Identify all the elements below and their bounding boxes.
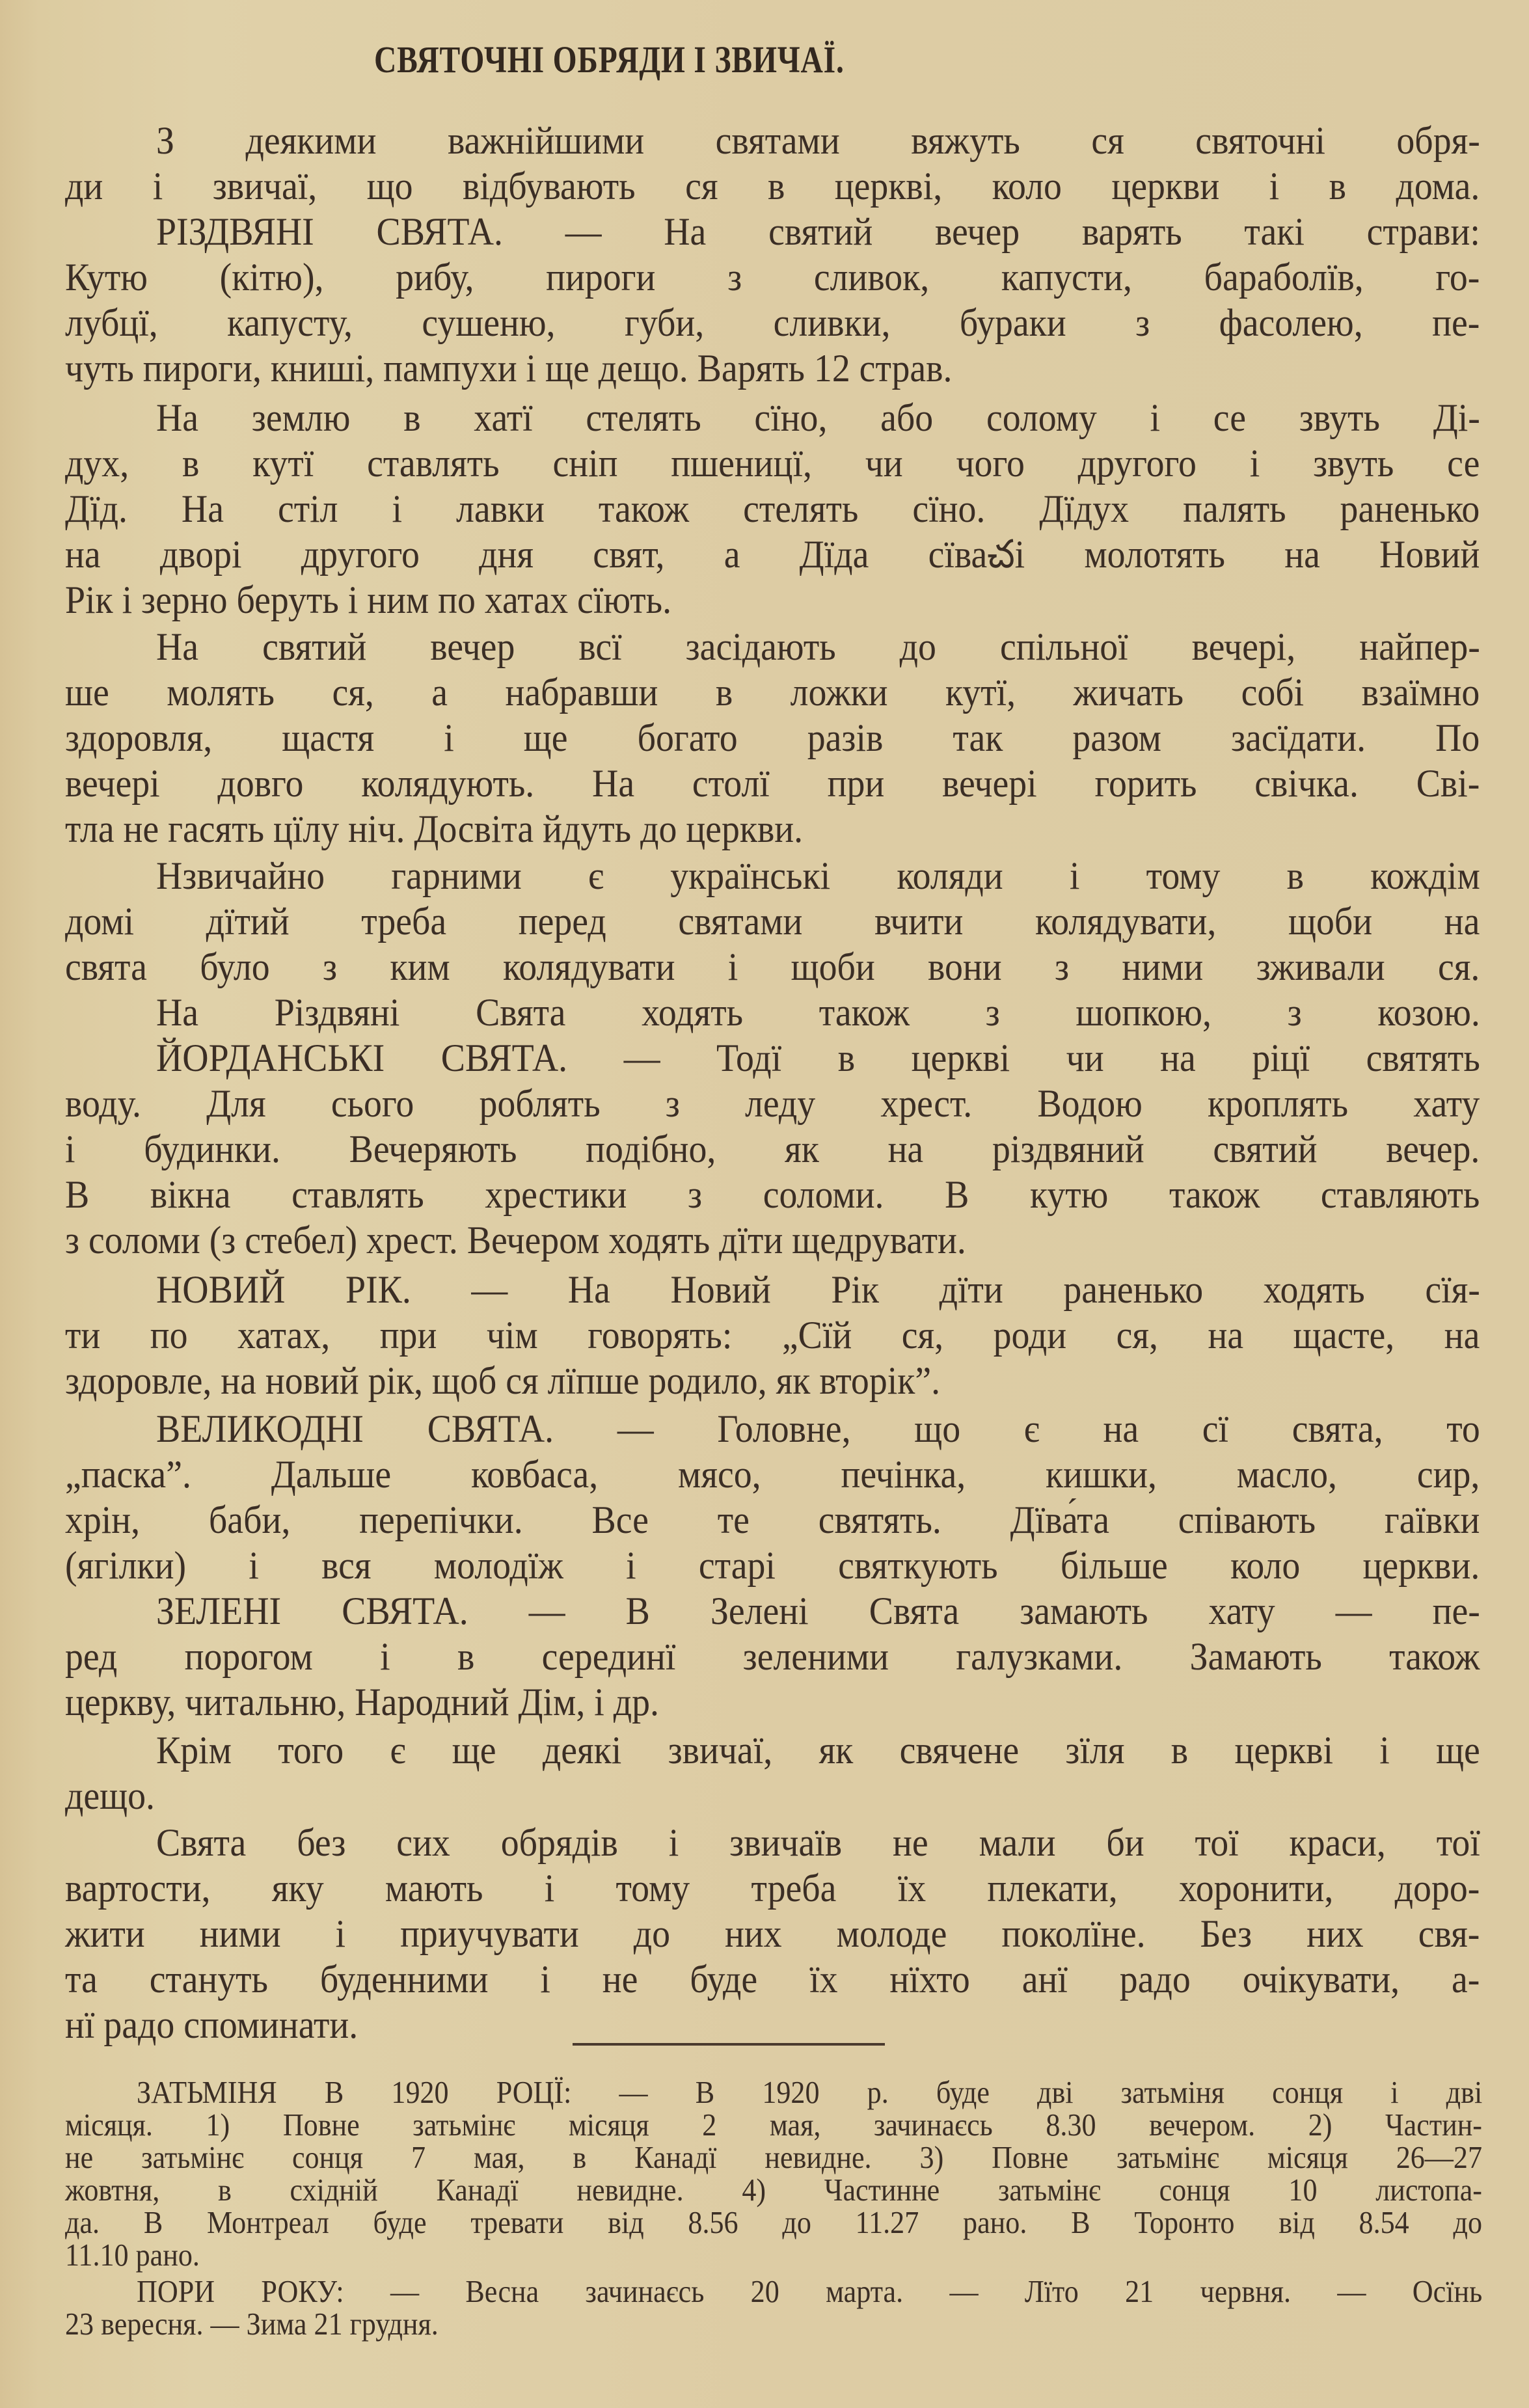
section-divider [573, 2043, 885, 2046]
body-line: здоровле, на новий рік, щоб ся лїпше род… [65, 1359, 1480, 1403]
body-line: хрін, баби, перепічки. Все те святять. Д… [65, 1498, 1480, 1542]
body-line: (ягілки) і вся молодїж і старі святкують… [65, 1543, 1480, 1588]
body-line: ред порогом і в серединї зеленими галузк… [65, 1634, 1480, 1679]
footnote-eclipses-heading: ЗАТЬМІНЯ В 1920 РОЦЇ: — В 1920 р. буде д… [137, 2076, 1482, 2109]
body-line: церкву, читальню, Народний Дім, і др. [65, 1680, 1480, 1724]
footnote-line: жовтня, в східній Канадї невидне. 4) Час… [65, 2173, 1482, 2207]
body-line: В вікна ставлять хрестики з соломи. В ку… [65, 1172, 1480, 1217]
footnote-seasons-heading: ПОРИ РОКУ: — Весна зачинаєсь 20 марта. —… [137, 2275, 1482, 2308]
body-line: вартости, яку мають і тому треба їх плек… [65, 1866, 1480, 1910]
body-line: тла не гасять цїлу ніч. Досвіта йдуть до… [65, 807, 1480, 851]
footnote-line: да. В Монтреал буде тревати від 8.56 до … [65, 2206, 1482, 2239]
footnote-line: 11.10 рано. [65, 2238, 1482, 2272]
body-line: На Різдвяні Свята ходять також з шопкою,… [156, 990, 1480, 1035]
body-line: ше молять ся, а набравши в ложки кутї, ж… [65, 670, 1480, 714]
body-line: ти по хатах, при чім говорять: „Сїй ся, … [65, 1313, 1480, 1357]
body-line: жити ними і приучувати до них молоде пок… [65, 1912, 1480, 1956]
body-line: На землю в хатї стелять сїно, або солому… [156, 396, 1480, 440]
body-line: з соломи (з стебел) хрест. Вечером ходят… [65, 1218, 1480, 1262]
body-line: чуть пироги, книші, пампухи і ще дещо. В… [65, 346, 1480, 390]
section-heading-new-year: НОВИЙ РІК. — На Новий Рік дїти раненько … [156, 1267, 1480, 1312]
body-line: дещо. [65, 1774, 1480, 1818]
body-line: Нзвичайно гарними є українські коляди і … [156, 854, 1480, 898]
body-line: нї радо споминати. [65, 2003, 1480, 2047]
body-line: на дворі другого дня свят, а Дїда сїваచі… [65, 532, 1480, 576]
body-line: Дїд. На стіл і лавки також стелять сїно.… [65, 487, 1480, 531]
page-title: СВЯТОЧНІ ОБРЯДИ І ЗВИЧАЇ. [374, 38, 845, 81]
section-heading-pentecost: ЗЕЛЕНІ СВЯТА. — В Зелені Свята замають х… [156, 1589, 1480, 1633]
body-line: Рік і зерно беруть і ним по хатах сїють. [65, 578, 1480, 622]
body-line: „паска”. Дальше ковбаса, мясо, печінка, … [65, 1452, 1480, 1496]
section-heading-easter: ВЕЛИКОДНІ СВЯТА. — Головне, що є на сї с… [156, 1407, 1480, 1451]
footnote-line: не затьмінє сонця 7 мая, в Канадї невидн… [65, 2141, 1482, 2174]
body-line: Кутю (кітю), рибу, пироги з сливок, капу… [65, 255, 1480, 299]
body-line: свята було з ким колядувати і щоби вони … [65, 945, 1480, 989]
body-line: воду. Для сього роблять з леду хрест. Во… [65, 1081, 1480, 1126]
body-line: домі дїтий треба перед святами вчити кол… [65, 899, 1480, 943]
body-line: здоровля, щастя і ще богато разів так ра… [65, 716, 1480, 760]
body-line: З деякими важнійшими святами вяжуть ся с… [156, 118, 1480, 163]
body-line: Свята без сих обрядів і звичаїв не мали … [156, 1820, 1480, 1865]
body-line: На святий вечер всї засідають до спільно… [156, 625, 1480, 669]
body-line: ди і звичаї, що відбувають ся в церкві, … [65, 164, 1480, 208]
document-page: СВЯТОЧНІ ОБРЯДИ І ЗВИЧАЇ. З деякими важн… [0, 0, 1529, 2408]
body-line: лубцї, капусту, сушеню, губи, сливки, бу… [65, 301, 1480, 345]
footnote-line: місяця. 1) Повне затьмінє місяця 2 мая, … [65, 2108, 1482, 2142]
section-heading-epiphany: ЙОРДАНСЬКІ СВЯТА. — Тодї в церкві чи на … [156, 1036, 1480, 1080]
body-line: та стануть буденними і не буде їх нїхто … [65, 1957, 1480, 2001]
section-heading-christmas: РІЗДВЯНІ СВЯТА. — На святий вечер варять… [156, 210, 1480, 254]
body-line: дух, в кутї ставлять сніп пшеницї, чи чо… [65, 441, 1480, 485]
footnote-line: 23 вересня. — Зима 21 грудня. [65, 2307, 1482, 2341]
body-line: Крім того є ще деякі звичаї, як свячене … [156, 1728, 1480, 1772]
body-line: і будинки. Вечеряють подібно, як на різд… [65, 1127, 1480, 1171]
body-line: вечері довго колядують. На столї при веч… [65, 761, 1480, 805]
